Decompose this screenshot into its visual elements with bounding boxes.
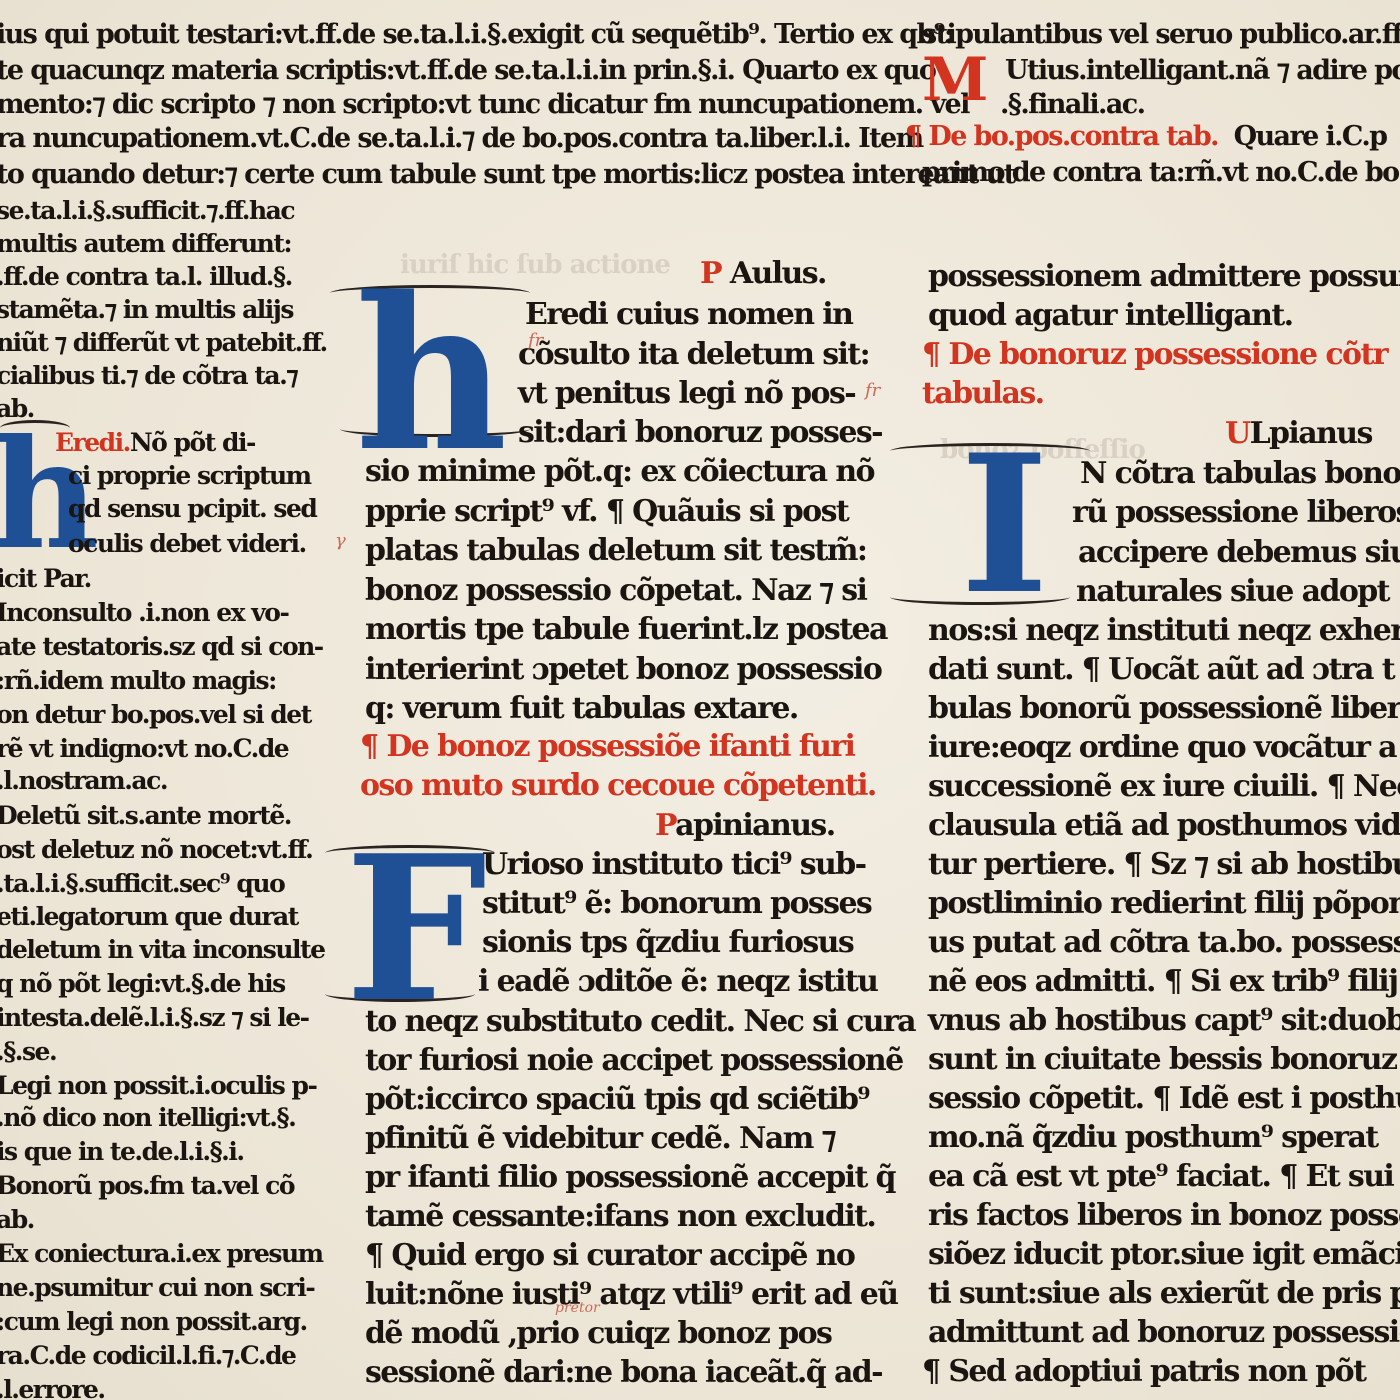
gloss-text: Nõ põt di-	[130, 428, 255, 457]
rubric-heading: tabulas.	[922, 376, 1043, 412]
gloss-line: ost deletuz nõ nocet:vt.ff.	[0, 832, 312, 868]
text-line: N cõtra tabulas bono	[1080, 456, 1400, 492]
text-line: luit:nõne iusti⁹ atqz vtili⁹ erit ad eũ	[365, 1277, 897, 1313]
gloss-line: .nõ dico non itelligi:vt.§.	[0, 1100, 295, 1136]
text-line: tur pertiere. ¶ Sz ⁊ si ab hostibu	[928, 847, 1400, 883]
text-line: mortis tpe tabule fuerint.lz postea	[365, 612, 887, 648]
author-name: Lpianus	[1250, 416, 1372, 451]
gloss-line: niũt ⁊ differũt vt patebit.ff.	[0, 325, 327, 361]
gloss-line: se.ta.l.i.§.sufficit.⁊.ff.hac	[0, 193, 294, 229]
text-line: siõez iducit ptor.siue igit emãcip	[928, 1237, 1400, 1273]
gloss-line: Legi non possit.i.oculis p-	[0, 1068, 316, 1104]
rubric-heading: ¶ De bonoz possessiõe ifanti furi	[360, 729, 854, 765]
text-line: to quando detur:⁊ certe cum tabule sunt …	[0, 157, 1015, 193]
text-line: admittunt ad bonoruz possessiõ	[928, 1315, 1400, 1351]
blue-initial-f: F	[345, 830, 487, 1030]
text-line: primo de contra ta:rñ.vt no.C.de bo.p	[922, 155, 1400, 191]
gloss-line: rẽ vt indigno:vt no.C.de	[0, 731, 288, 767]
margin-note: fr	[865, 380, 880, 401]
text-line: ius qui potuit testari:vt.ff.de se.ta.l.…	[0, 17, 952, 53]
text-span: Quare i.C.p	[1234, 121, 1387, 152]
text-line: nẽ eos admitti. ¶ Si ex trib⁹ filij	[928, 964, 1397, 1000]
text-line: dẽ modũ ,prio cuiqz bonoz pos	[365, 1316, 831, 1352]
gloss-line: oculis debet videri.	[68, 526, 306, 562]
rubric-line: ¶ De bo.pos.contra tab. Quare i.C.p	[905, 119, 1386, 155]
text-line: stipulantibus vel seruo publico.ar.ff.de…	[922, 17, 1400, 53]
text-line: mo.nã q̃zdiu posthum⁹ sperat	[928, 1120, 1378, 1156]
gloss-line: .ff.de contra ta.l. illud.§.	[0, 259, 292, 295]
text-line: interierint ɔpetet bonoz possessio	[365, 652, 881, 688]
text-line: ra nuncupationem.vt.C.de se.ta.l.i.⁊ de …	[0, 121, 923, 157]
author-heading: ULpianus	[1225, 416, 1372, 452]
text-line: mento:⁊ dic scripto ⁊ non scripto:vt tun…	[0, 87, 969, 123]
gloss-line: ra.C.de codicil.l.fi.⁊.C.de	[0, 1338, 295, 1374]
text-line: ti sunt:siue als exierũt de pris ptã	[928, 1276, 1400, 1312]
blue-initial-h: h	[355, 270, 508, 480]
gloss-line: .ta.l.i.§.sufficit.sec⁹ quo	[0, 866, 284, 902]
text-line: Eredi cuius nomen in	[525, 297, 852, 333]
gloss-line: Eredi.Nõ põt di-	[55, 425, 255, 461]
text-line: ris factos liberos in bonoz posse	[928, 1198, 1400, 1234]
text-line: nos:si neqz instituti neqz exher	[928, 613, 1400, 649]
text-line: vt penitus legi nõ pos-	[518, 376, 855, 412]
text-line: i eadẽ ɔditõe ẽ: neqz istitu	[478, 964, 877, 1000]
text-line: sionis tps q̃zdiu furiosus	[482, 925, 853, 961]
text-line: us putat ad cõtra ta.bo. possessio	[928, 925, 1400, 961]
text-line: sit:dari bonoruz posses-	[518, 415, 882, 451]
gloss-line: Bonorũ pos.fm ta.vel cõ	[0, 1168, 294, 1204]
gloss-line: deletum in vita inconsulte	[0, 932, 324, 968]
red-capital: P	[655, 808, 675, 843]
text-line: naturales siue adopt	[1076, 574, 1389, 610]
rubric-heading: oso muto surdo cecoue cõpetenti.	[360, 768, 876, 804]
text-line: Utius.intelligant.nã ⁊ adire possu	[1005, 53, 1400, 89]
margin-note: fr	[528, 330, 543, 351]
text-line: ¶ Sed adoptiui patris non põt	[922, 1354, 1365, 1390]
gloss-line: .l.nostram.ac.	[0, 763, 167, 799]
gloss-line: .l.errore.	[0, 1372, 105, 1400]
blue-initial-i: I	[960, 430, 1049, 620]
text-line: successionẽ ex iure ciuili. ¶ Nec	[928, 769, 1400, 805]
text-line: clausula etiã ad posthumos vide	[928, 808, 1400, 844]
text-line: cõsulto ita deletum sit:	[518, 337, 869, 373]
text-line: pr ifanti filio possessionẽ accepit q̃	[365, 1160, 895, 1196]
gloss-line: Deletũ sit.s.ante mortẽ.	[0, 798, 291, 834]
red-capital: P	[700, 256, 721, 291]
gloss-line: ne.psumitur cui non scri-	[0, 1270, 314, 1306]
author-heading: P Aulus.	[700, 256, 826, 292]
gloss-line: on detur bo.pos.vel si det	[0, 697, 311, 733]
text-line: sessio cõpetit. ¶ Idẽ est i posthu	[928, 1081, 1400, 1117]
gloss-line: ab.	[0, 1202, 34, 1238]
text-line: accipere debemus siu	[1078, 535, 1400, 571]
text-line: ea cã est vt pte⁹ faciat. ¶ Et sui iu	[928, 1159, 1400, 1195]
gloss-line: Inconsulto .i.non ex vo-	[0, 595, 288, 631]
margin-note: γ	[335, 530, 346, 551]
text-line: tor furiosi noie accipet possessionẽ	[365, 1043, 903, 1079]
text-line: q: verum fuit tabulas extare.	[365, 691, 798, 727]
text-line: quod agatur intelligant.	[928, 298, 1292, 334]
text-line: platas tabulas deletum sit testm̃:	[365, 533, 866, 569]
gloss-line: cialibus ti.⁊ de cõtra ta.⁊	[0, 358, 297, 394]
gloss-line: .§.se.	[0, 1034, 56, 1070]
text-line: possessionem admittere possunt	[928, 259, 1400, 295]
author-name: apinianus.	[675, 808, 834, 843]
text-line: pprie script⁹ vf. ¶ Quãuis si post	[365, 494, 848, 530]
text-line: pfinitũ ẽ videbitur cedẽ. Nam ⁊	[365, 1121, 835, 1157]
text-line: rũ possessione liberos	[1072, 495, 1400, 531]
manuscript-page: iuriſ hic ſub actione bonoꝝ poſſeſſio iu…	[0, 0, 1400, 1400]
text-line: põt:iccirco spaciũ tpis qd sciẽtib⁹	[365, 1082, 869, 1118]
margin-note: pretor	[555, 1300, 600, 1316]
gloss-line: multis autem differunt:	[0, 226, 291, 262]
gloss-line: eti.legatorum que durat	[0, 899, 298, 935]
gloss-line: icit Par.	[0, 561, 91, 597]
text-line: dati sunt. ¶ Uocãt aũt ad ɔtra t	[928, 652, 1394, 688]
text-line: sio minime põt.q: ex cõiectura nõ	[365, 454, 874, 490]
red-capital: U	[1225, 416, 1250, 451]
gloss-line: ate testatoris.sz qd si con-	[0, 629, 323, 665]
gloss-line: q nõ põt legi:vt.§.de his	[0, 966, 285, 1002]
gloss-line: is que in te.de.l.i.§.i.	[0, 1134, 244, 1170]
text-line: .§.finali.ac.	[1000, 87, 1144, 123]
gloss-line: :rñ.idem multo magis:	[0, 663, 276, 699]
author-name: Aulus.	[730, 256, 826, 291]
text-line: postliminio redierint filij põpon	[928, 886, 1400, 922]
text-line: stitut⁹ ẽ: bonorum posses	[482, 886, 871, 922]
gloss-line: stamẽta.⁊ in multis alijs	[0, 292, 293, 328]
text-line: vnus ab hostibus capt⁹ sit:duob⁹	[928, 1003, 1400, 1039]
text-line: sunt in ciuitate bessis bonoruz po	[928, 1042, 1400, 1078]
gloss-line: ci proprie scriptum	[68, 458, 311, 494]
text-line: tamẽ cessante:ifans non excludit.	[365, 1199, 875, 1235]
gloss-line: Ex coniectura.i.ex presum	[0, 1236, 323, 1272]
rubric-heading: ¶ De bonoruz possessione cõtr	[922, 337, 1387, 373]
text-line: to neqz substituto cedit. Nec si cura	[365, 1004, 915, 1040]
gloss-line: intesta.delẽ.l.i.§.sz ⁊ si le-	[0, 1000, 308, 1036]
rubric-word: Eredi.	[55, 428, 130, 457]
text-line: bonoz possessio cõpetat. Naz ⁊ si	[365, 573, 866, 609]
text-line: ¶ Quid ergo si curator accipẽ no	[365, 1238, 854, 1274]
gloss-line: qd sensu pcipit. sed	[68, 491, 316, 527]
author-heading: Papinianus.	[655, 808, 835, 844]
gloss-line: :cum legi non possit.arg.	[0, 1304, 307, 1340]
text-line: te quacunqz materia scriptis:vt.ff.de se…	[0, 53, 935, 89]
text-line: sessionẽ dari:ne bona iaceãt.q̃ ad-	[365, 1355, 882, 1391]
rubric-heading: ¶ De bo.pos.contra tab.	[905, 121, 1218, 152]
red-initial-m: M	[922, 50, 988, 110]
text-line: Urioso institutо tici⁹ sub-	[482, 847, 865, 883]
text-line: bulas bonorũ possessionẽ liberi e	[928, 691, 1400, 727]
text-line: iure:eoqz ordine quo vocãtur a	[928, 730, 1396, 766]
